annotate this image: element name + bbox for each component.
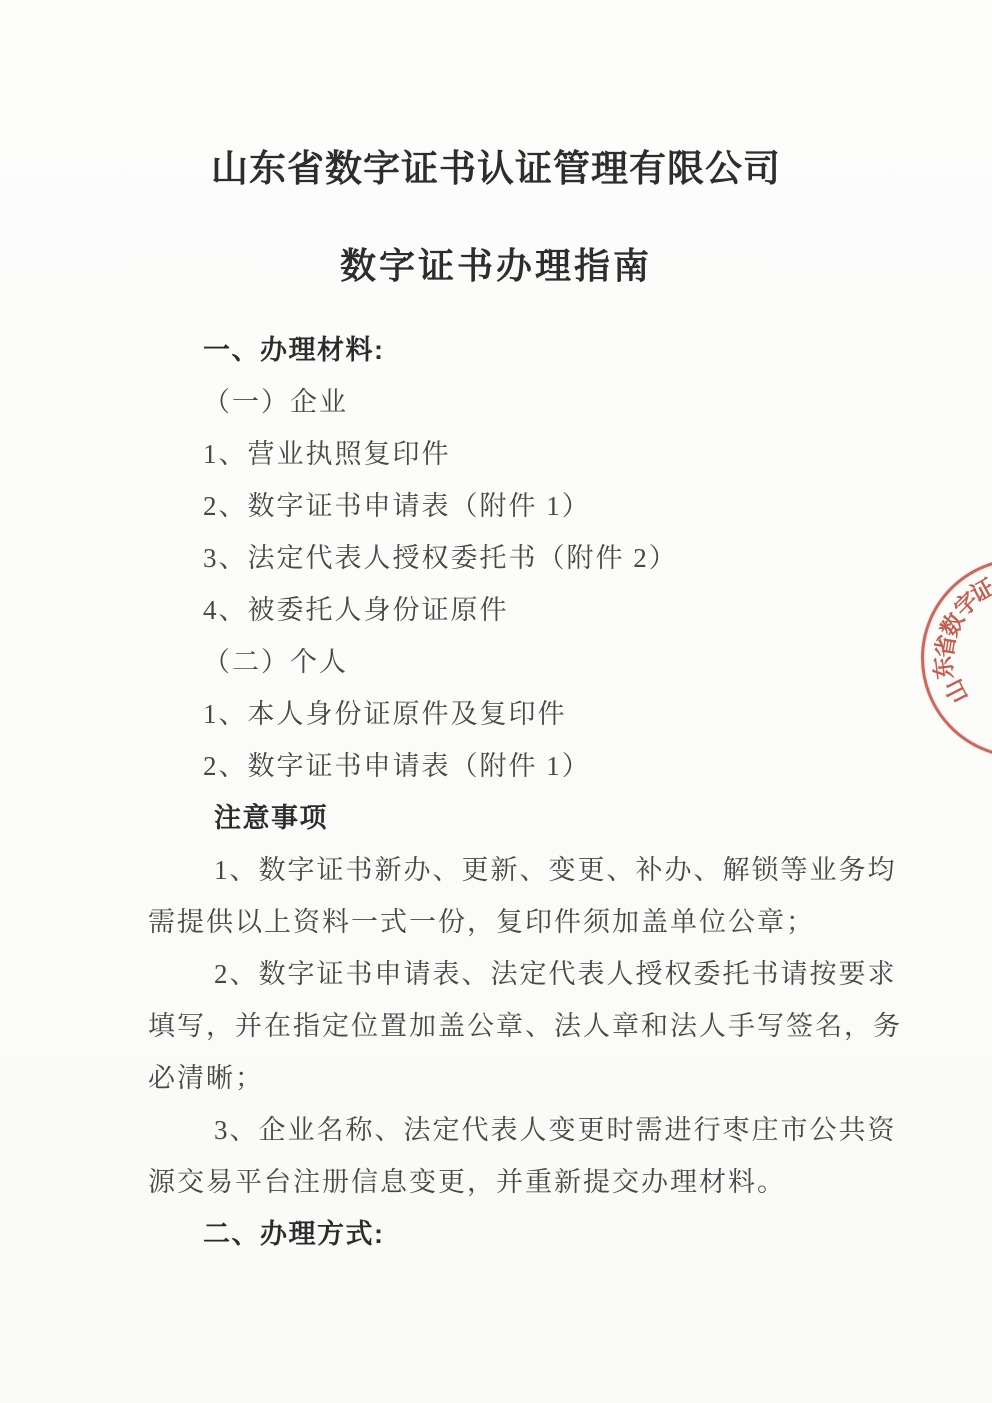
document-line: 二、办理方式: <box>148 1208 860 1260</box>
document-line: 需提供以上资料一式一份，复印件须加盖单位公章； <box>148 896 860 948</box>
seal-character: 数 <box>931 606 971 641</box>
document-line: 1、营业执照复印件 <box>148 428 860 480</box>
document-line: 2、数字证书申请表（附件 1） <box>148 740 860 792</box>
seal-character: 证 <box>964 569 992 609</box>
document-line: 1、数字证书新办、更新、变更、补办、解锁等业务均 <box>148 844 860 896</box>
document-line: （一）企业 <box>148 376 860 428</box>
document-line: 一、办理材料: <box>148 324 860 376</box>
document-line: 源交易平台注册信息变更，并重新提交办理材料。 <box>148 1156 860 1208</box>
document-line: 3、法定代表人授权委托书（附件 2） <box>148 532 860 584</box>
seal-ring <box>921 558 992 758</box>
seal-character: 字 <box>945 583 985 623</box>
document-line: 1、本人身份证原件及复印件 <box>148 688 860 740</box>
document-line: 必清晰； <box>148 1052 860 1104</box>
document-line: 3、企业名称、法定代表人变更时需进行枣庄市公共资 <box>148 1104 860 1156</box>
seal-character: 山 <box>935 674 975 709</box>
seal-character: 省 <box>926 632 962 660</box>
document-title: 山东省数字证书认证管理有限公司 <box>0 138 992 192</box>
document-line: 注意事项 <box>148 792 860 844</box>
document-line: 2、数字证书申请表、法定代表人授权委托书请按要求 <box>148 948 860 1000</box>
document-line: 2、数字证书申请表（附件 1） <box>148 480 860 532</box>
document-line: 填写，并在指定位置加盖公章、法人章和法人手写签名，务 <box>148 1000 860 1052</box>
document-line: （二）个人 <box>148 636 860 688</box>
document-line: 4、被委托人身份证原件 <box>148 584 860 636</box>
scanned-document-page: 山东省数字证书认证管理有限公司 数字证书办理指南 一、办理材料:（一）企业1、营… <box>0 0 992 1403</box>
document-body: 一、办理材料:（一）企业1、营业执照复印件2、数字证书申请表（附件 1）3、法定… <box>148 324 860 1260</box>
document-subtitle: 数字证书办理指南 <box>0 238 992 289</box>
seal-character: 东 <box>924 655 960 682</box>
